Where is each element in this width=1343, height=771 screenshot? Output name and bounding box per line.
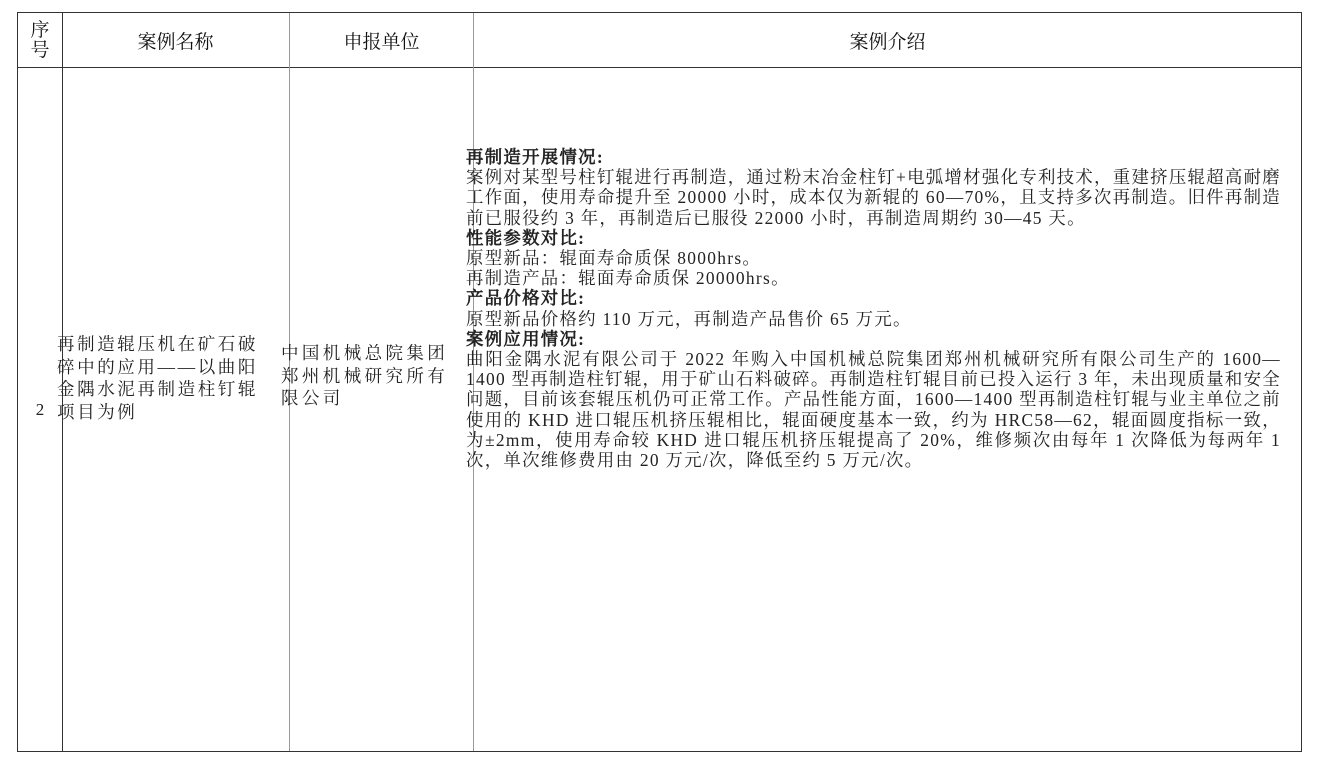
row-intro: 再制造开展情况: 案例对某型号柱钉辊进行再制造，通过粉末冶金柱钉+电弧增材强化专… [466, 147, 1281, 470]
row-case-name: 再制造辊压机在矿石破碎中的应用——以曲阳金隅水泥再制造柱钉辊项目为例 [57, 333, 267, 423]
header-seq-line1: 序 [30, 20, 49, 40]
performance-remanufactured: 再制造产品：辊面寿命质保 20000hrs。 [466, 268, 1281, 288]
header-seq: 序 号 [18, 13, 62, 67]
header-unit: 申报单位 [290, 13, 473, 67]
row-seq: 2 [18, 68, 62, 751]
header-case-name: 案例名称 [62, 13, 289, 67]
row-unit: 中国机械总院集团郑州机械研究所有限公司 [281, 342, 453, 410]
header-seq-line2: 号 [30, 40, 49, 60]
table-header-row: 序 号 案例名称 申报单位 案例介绍 [18, 13, 1301, 68]
section-title-performance: 性能参数对比: [466, 228, 1281, 248]
header-intro: 案例介绍 [474, 13, 1301, 67]
section-text-application: 曲阳金隅水泥有限公司于 2022 年购入中国机械总院集团郑州机械研究所有限公司生… [466, 349, 1281, 470]
section-text-price: 原型新品价格约 110 万元，再制造产品售价 65 万元。 [466, 309, 1281, 329]
section-title-price: 产品价格对比: [466, 288, 1281, 308]
section-text-remanufacturing: 案例对某型号柱钉辊进行再制造，通过粉末冶金柱钉+电弧增材强化专利技术，重建挤压辊… [466, 167, 1281, 228]
performance-original: 原型新品：辊面寿命质保 8000hrs。 [466, 248, 1281, 268]
section-title-application: 案例应用情况: [466, 329, 1281, 349]
section-title-remanufacturing: 再制造开展情况: [466, 147, 1281, 167]
